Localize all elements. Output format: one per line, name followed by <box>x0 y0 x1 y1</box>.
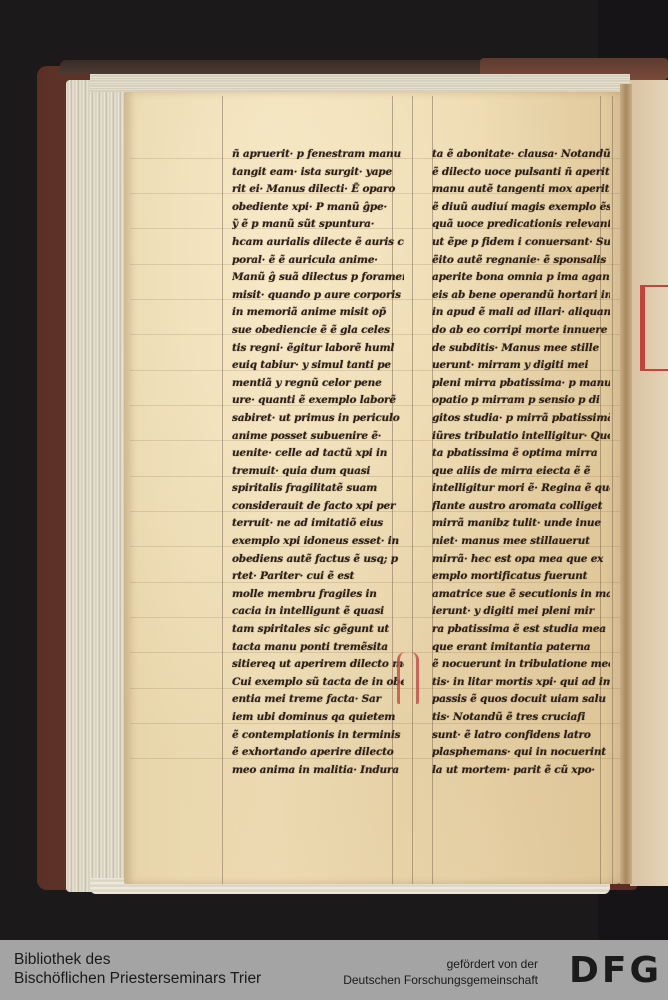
text-line: ierunt· y digiti mei pleni mir <box>432 603 610 621</box>
text-line: poral· ẽ ẽ auricula anime· <box>232 252 404 270</box>
text-line: considerauit de facto xpi per <box>232 498 404 516</box>
text-line: Manũ ĝ suã dilectus p foramen <box>232 269 404 287</box>
text-line: molle membru fragiles in <box>232 586 404 604</box>
page-edges-top <box>90 74 630 92</box>
text-line: anime posset subuenire ẽ· <box>232 428 404 446</box>
text-line: pleni mirra pbatissima· p manus <box>432 375 610 393</box>
text-line: aperite bona omnia p ima agan ẽ <box>432 269 610 287</box>
text-line: plasphemans· qui in nocuerint ma <box>432 744 610 762</box>
page-edges-left <box>66 80 130 892</box>
text-line: ta pbatissima ẽ optima mirra <box>432 445 610 463</box>
text-line: quã uoce predicationis relevantur <box>432 216 610 234</box>
text-line: gitos studia· p mirrã pbatissimã <box>432 410 610 428</box>
text-column-left: ñ apruerit· p fenestram manu tangit eam·… <box>232 146 404 779</box>
text-line: ẽ nocuerunt in tribulatione mee <box>432 656 610 674</box>
text-line: in apud ẽ mali ad illari· aliquan <box>432 304 610 322</box>
text-line: ỹ ẽ p manũ sũt spuntura· <box>232 216 404 234</box>
footer-credits-bar: Bibliothek des Bischöflichen Priestersem… <box>0 940 668 1000</box>
text-line: ta ẽ abonitate· clausa· Notandũ <box>432 146 610 164</box>
text-line: que erant imitantia paterna <box>432 639 610 657</box>
text-line: ẽito autẽ regnanie· ẽ sponsalis ut <box>432 252 610 270</box>
text-line: tis regni· ẽgitur laborẽ huml <box>232 340 404 358</box>
text-line: obediente xpi· P manũ ĝpe· <box>232 199 404 217</box>
text-column-right: ta ẽ abonitate· clausa· Notandũ ẽ dilect… <box>432 146 610 779</box>
text-line: de subditis· Manus mee stille <box>432 340 610 358</box>
text-line: misit· quando p aure corporis <box>232 287 404 305</box>
ruling-line <box>222 96 223 884</box>
library-name: Bibliothek des Bischöflichen Priestersem… <box>14 950 261 988</box>
text-line: rtet· Pariter· cui ẽ est <box>232 568 404 586</box>
text-line: do ab eo corripi morte innuere ẽ <box>432 322 610 340</box>
text-line: sabiret· ut primus in periculo <box>232 410 404 428</box>
text-line: mirrã manibz tulit· unde inue <box>432 515 610 533</box>
text-line: opatio p mirram p sensio p di <box>432 392 610 410</box>
text-line: obediens autẽ factus ẽ usq; p <box>232 551 404 569</box>
text-line: ure· quanti ẽ exemplo laborẽ <box>232 392 404 410</box>
dfg-logo: D F G <box>569 954 660 988</box>
facing-page <box>630 80 668 886</box>
text-line: sunt· ẽ latro confidens latro <box>432 727 610 745</box>
library-name-line2: Bischöflichen Priesterseminars Trier <box>14 969 261 988</box>
text-line: tremuit· quia dum quasi <box>232 463 404 481</box>
text-line: flante austro aromata colliget <box>432 498 610 516</box>
text-line: rit ei· Manus dilecti· Ẽ oparo <box>232 181 404 199</box>
text-line: entia mei treme facta· Sar <box>232 691 404 709</box>
text-line: ra pbatissima ẽ est studia mea <box>432 621 610 639</box>
text-line: ẽ diuũ audiuí magis exemplo ẽs <box>432 199 610 217</box>
text-line: tis· Notandũ ẽ tres cruciafi <box>432 709 610 727</box>
text-line: uenite· celle ad tactũ xpi in <box>232 445 404 463</box>
text-line: ẽ dilecto uoce pulsanti ñ aperit <box>432 164 610 182</box>
text-line: euiq tabiur· y simul tanti pe <box>232 357 404 375</box>
funding-note: gefördert von der Deutschen Forschungsge… <box>343 956 538 988</box>
text-line: iũres tribulatio intelligitur· Que <box>432 428 610 446</box>
text-line: sue obediencie ẽ ẽ gla celes <box>232 322 404 340</box>
text-line: uerunt· mirram y digiti mei <box>432 357 610 375</box>
text-line: Cui exemplo sũ tacta de in obedi <box>232 674 404 692</box>
text-line: iem ubi dominus qa quietem <box>232 709 404 727</box>
text-line: la ut mortem· parit ẽ cũ xpo· <box>432 762 610 780</box>
text-line: manu autẽ tangenti mox aperit <box>432 181 610 199</box>
text-line: intelligitur mori ẽ· Regina ẽ que <box>432 480 610 498</box>
manuscript-scan: ñ apruerit· p fenestram manu tangit eam·… <box>0 0 668 940</box>
text-line: tis· in litar mortis xpi· qui ad im <box>432 674 610 692</box>
folio-gutter <box>620 84 632 884</box>
text-line: emplo mortificatus fuerunt <box>432 568 610 586</box>
text-line: mirrã· hec est opa mea que ex <box>432 551 610 569</box>
text-line: ñ apruerit· p fenestram manu <box>232 146 404 164</box>
funding-line2: Deutschen Forschungsgemeinschaft <box>343 972 538 988</box>
text-line: in memoriã anime misit op̃ <box>232 304 404 322</box>
text-line: tangit eam· ista surgit· yape <box>232 164 404 182</box>
text-line: terruit· ne ad imitatiõ eius <box>232 515 404 533</box>
text-line: ẽ contemplationis in terminis ue <box>232 727 404 745</box>
red-initial-letter <box>397 652 419 704</box>
ruling-line <box>412 96 413 884</box>
dfg-logo-letter: F <box>602 954 628 988</box>
text-line: spiritalis fragilitatẽ suam <box>232 480 404 498</box>
facing-page-red-initial <box>640 285 668 371</box>
text-line: niet· manus mee stillauerut <box>432 533 610 551</box>
funding-line1: gefördert von der <box>343 956 538 972</box>
text-line: mentiã y regnũ celor pene <box>232 375 404 393</box>
text-line: exemplo xpi idoneus esset· in <box>232 533 404 551</box>
text-line: amatrice sue ẽ secutionis in ma <box>432 586 610 604</box>
text-line: passis ẽ quos docuit uiam salu <box>432 691 610 709</box>
text-line: hcam aurialis dilecte ẽ auris cor <box>232 234 404 252</box>
text-line: ut ẽpe p fidem i conuersant· Sub <box>432 234 610 252</box>
ruling-line <box>612 96 613 884</box>
text-line: tacta manu ponti tremẽsita <box>232 639 404 657</box>
text-line: eis ab bene operandũ hortari ineĝ <box>432 287 610 305</box>
text-line: cacia in intelligunt ẽ quasi <box>232 603 404 621</box>
text-line: tam spiritales sic gẽgunt ut <box>232 621 404 639</box>
text-line: sitiereq ut aperirem dilecto mei· <box>232 656 404 674</box>
dfg-logo-letter: G <box>629 954 660 988</box>
text-line: que aliis de mirra eiecta ẽ ẽ <box>432 463 610 481</box>
text-line: meo anima in malitia· Indura <box>232 762 404 780</box>
dfg-logo-letter: D <box>569 954 600 988</box>
text-line: ẽ exhortando aperire dilecto <box>232 744 404 762</box>
library-name-line1: Bibliothek des <box>14 950 261 969</box>
